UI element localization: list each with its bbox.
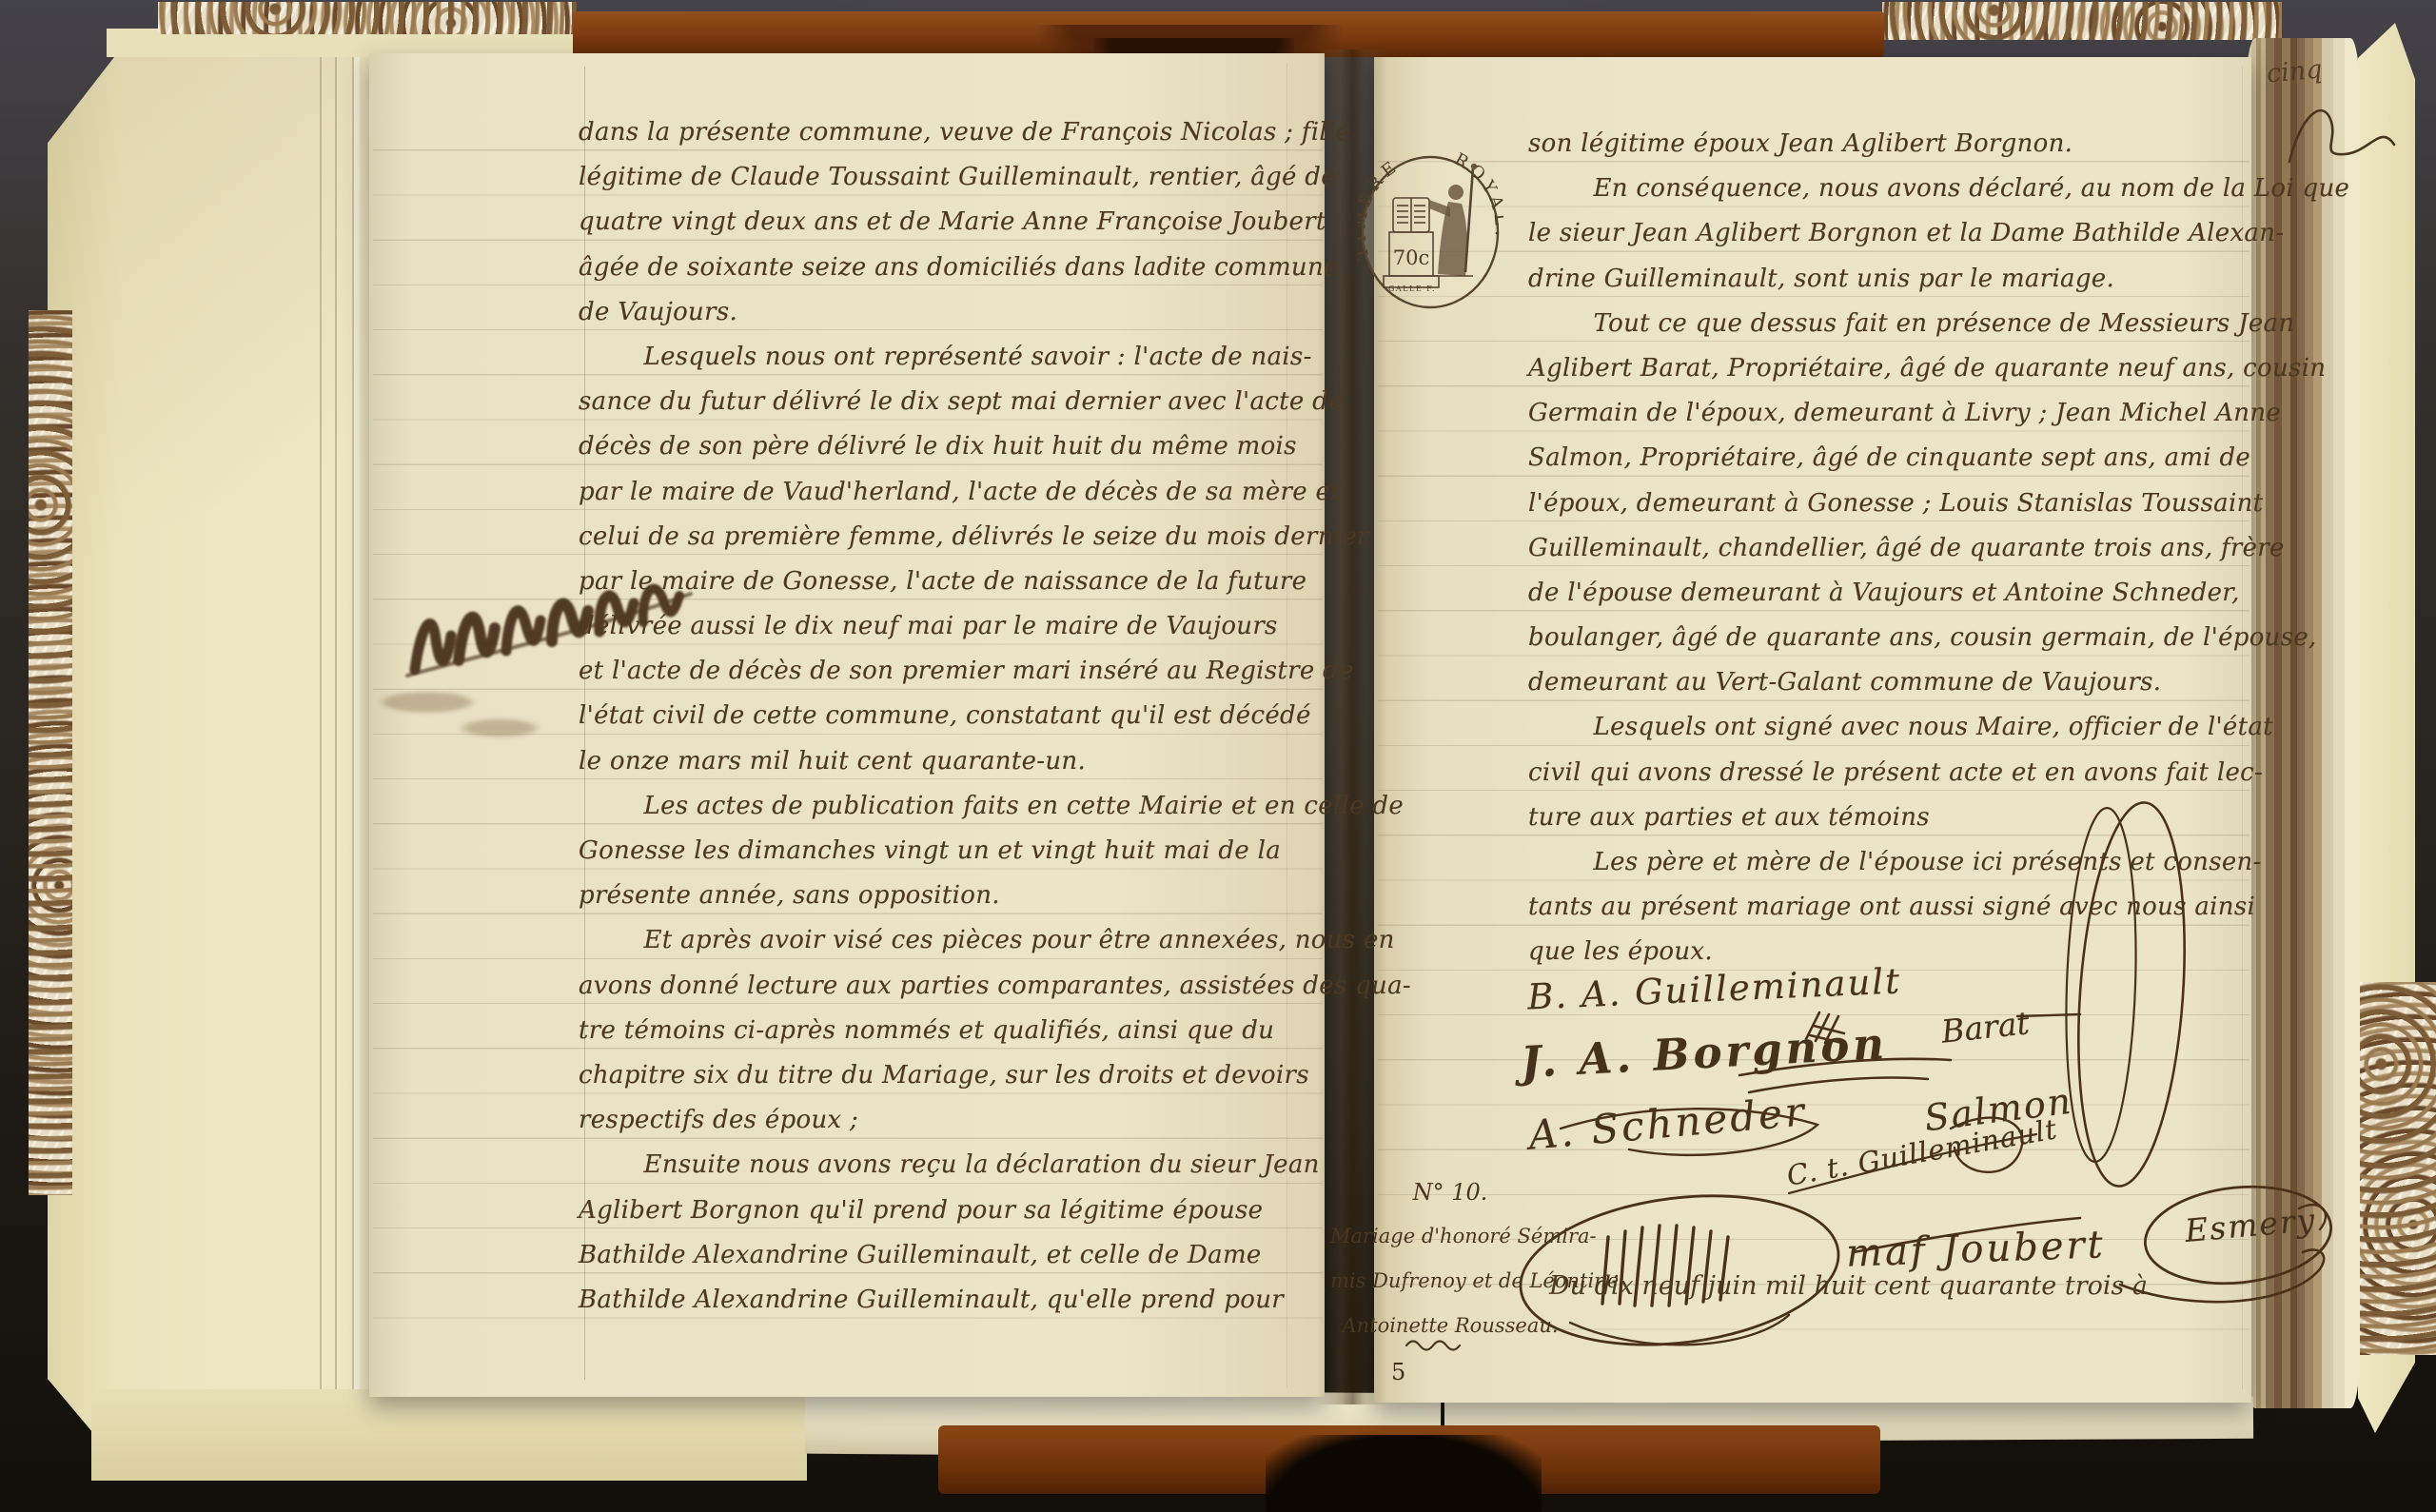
marbled-paper-top-right — [1882, 2, 2282, 40]
text-line: Ensuite nous avons reçu la déclaration d… — [579, 1143, 1330, 1188]
margin-note-line: mis Dufrenoy et de Léontine — [1330, 1259, 1570, 1304]
text-line: Tout ce que dessus fait en présence de M… — [1528, 302, 2270, 346]
margin-note-lines: Mariage d'honoré Sémira-mis Dufrenoy et … — [1330, 1214, 1570, 1348]
text-line: délivrée aussi le dix neuf mai par le ma… — [579, 604, 1330, 649]
margin-note-line: Mariage d'honoré Sémira- — [1330, 1214, 1570, 1259]
spine-gutter-dark-bottom — [1266, 1435, 1542, 1512]
text-line: En conséquence, nous avons déclaré, au n… — [1528, 167, 2270, 211]
text-line: avons donné lecture aux parties comparan… — [579, 964, 1330, 1009]
page-edges-left-of-page — [320, 57, 373, 1389]
text-line: le sieur Jean Aglibert Borgnon et la Dam… — [1528, 211, 2270, 256]
text-line: Lesquels ont signé avec nous Maire, offi… — [1528, 705, 2270, 750]
text-line: Lesquels nous ont représenté savoir : l'… — [579, 335, 1330, 380]
text-line: sance du futur délivré le dix sept mai d… — [579, 380, 1330, 424]
text-line: par le maire de Vaud'herland, l'acte de … — [579, 470, 1330, 515]
text-line: Bathilde Alexandrine Guilleminault, et c… — [579, 1233, 1330, 1278]
text-line: Et après avoir visé ces pièces pour être… — [579, 918, 1330, 963]
signature-maf-joubert: maf Joubert — [1845, 1223, 2106, 1275]
marbled-paper-left-edge — [29, 310, 72, 1195]
text-line: âgée de soixante seize ans domiciliés da… — [579, 245, 1330, 290]
text-line: celui de sa première femme, délivrés le … — [579, 515, 1330, 560]
text-line: son légitime époux Jean Aglibert Borgnon… — [1528, 122, 2270, 167]
text-line: respectifs des époux ; — [579, 1098, 1330, 1143]
text-line: décès de son père délivré le dix huit hu… — [579, 424, 1330, 469]
text-line: Aglibert Borgnon qu'il prend pour sa lég… — [579, 1188, 1330, 1233]
text-line: Guilleminault, chandellier, âgé de quara… — [1528, 526, 2270, 571]
text-line: boulanger, âgé de quarante ans, cousin g… — [1528, 616, 2270, 660]
text-line: chapitre six du titre du Mariage, sur le… — [579, 1053, 1330, 1098]
text-line: le onze mars mil huit cent quarante-un. — [579, 739, 1330, 784]
text-line: Salmon, Propriétaire, âgé de cinquante s… — [1528, 436, 2270, 481]
stamp-engraver-text: GALLE F. — [1388, 285, 1436, 293]
text-line: l'état civil de cette commune, constatan… — [579, 694, 1330, 738]
text-line: Bathilde Alexandrine Guilleminault, qu'e… — [579, 1278, 1330, 1323]
marbled-paper-top-left — [158, 2, 577, 34]
text-line: Germain de l'époux, demeurant à Livry ; … — [1528, 391, 2270, 436]
text-line: l'époux, demeurant à Gonesse ; Louis Sta… — [1528, 481, 2270, 526]
marbled-paper-right-edge — [2360, 982, 2436, 1355]
text-line: Aglibert Barat, Propriétaire, âgé de qua… — [1528, 346, 2270, 391]
timbre-royal-stamp: TIMBRE ROYAL. 70 — [1357, 150, 1503, 314]
text-line: quatre vingt deux ans et de Marie Anne F… — [579, 200, 1330, 245]
cover-board-bottom-left — [91, 1389, 807, 1481]
text-line: présente année, sans opposition. — [579, 874, 1330, 918]
text-line: Les actes de publication faits en cette … — [579, 784, 1330, 829]
text-line: drine Guilleminault, sont unis par le ma… — [1528, 257, 2270, 302]
margin-note: N° 10. Mariage d'honoré Sémira-mis Dufre… — [1330, 1170, 1570, 1348]
text-line: civil qui avons dressé le présent acte e… — [1528, 751, 2270, 795]
margin-note-squiggle — [1403, 1336, 1469, 1357]
text-line: légitime de Claude Toussaint Guilleminau… — [579, 155, 1330, 200]
text-line: demeurant au Vert-Galant commune de Vauj… — [1528, 660, 2270, 705]
next-act-date-line: Du dix neuf juin mil huit cent quarante … — [1549, 1271, 2148, 1301]
mayor-paraph-flourish — [2282, 88, 2406, 183]
faint-ink-ghost — [373, 668, 554, 754]
text-line: tre témoins ci-après nommés et qualifiés… — [579, 1009, 1330, 1053]
text-line: de l'épouse demeurant à Vaujours et Anto… — [1528, 571, 2270, 616]
stamp-value-text: 70c — [1393, 246, 1429, 269]
text-line: Gonesse les dimanches vingt un et vingt … — [579, 829, 1330, 874]
text-line: par le maire de Gonesse, l'acte de naiss… — [579, 560, 1330, 604]
text-line: dans la présente commune, veuve de Franç… — [579, 110, 1330, 155]
folio-word-cinq: cinq — [2266, 55, 2324, 89]
text-line: et l'acte de décès de son premier mari i… — [579, 649, 1330, 694]
left-page-text: dans la présente commune, veuve de Franç… — [579, 110, 1330, 1323]
page-number: 5 — [1391, 1359, 1405, 1385]
act-number: N° 10. — [1330, 1170, 1570, 1214]
text-line: de Vaujours. — [579, 290, 1330, 335]
photograph-of-open-register-book: TIMBRE ROYAL. 70 — [0, 0, 2436, 1512]
